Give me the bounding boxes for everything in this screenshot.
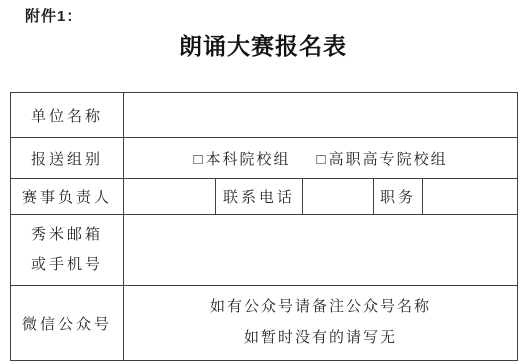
wechat-account-notes: 如有公众号请备注公众号名称 如暂时没有的请写无 <box>124 292 517 354</box>
checkbox-option-undergraduate[interactable]: □本科院校组 <box>193 148 290 169</box>
wechat-note-line2: 如暂时没有的请写无 <box>124 323 517 354</box>
submission-group-label: 报送组别 <box>11 138 124 179</box>
table-row-group: 报送组别 □本科院校组 □高职高专院校组 <box>11 138 518 179</box>
contact-phone-label: 联系电话 <box>216 179 303 215</box>
submission-group-options-cell: □本科院校组 □高职高专院校组 <box>124 138 518 179</box>
event-manager-label: 赛事负责人 <box>11 179 124 215</box>
xiumi-email-label-line2: 或手机号 <box>11 250 123 280</box>
document-page: { "doc": { "attachment_label": "附件1：", "… <box>0 0 526 364</box>
unit-name-input-cell[interactable] <box>124 93 518 138</box>
table-row-contact-info: 秀米邮箱 或手机号 <box>11 215 518 286</box>
checkbox-option-vocational-label: 高职高专院校组 <box>329 152 448 168</box>
checkbox-option-vocational[interactable]: □高职高专院校组 <box>317 148 448 169</box>
position-input-cell[interactable] <box>423 179 518 215</box>
table-row-manager: 赛事负责人 联系电话 职务 <box>11 179 518 215</box>
attachment-label: 附件1： <box>25 5 82 26</box>
xiumi-email-or-phone-input-cell[interactable] <box>124 215 518 286</box>
wechat-note-line1: 如有公众号请备注公众号名称 <box>124 292 517 323</box>
table-row-wechat: 微信公众号 如有公众号请备注公众号名称 如暂时没有的请写无 <box>11 286 518 361</box>
xiumi-email-label-line1: 秀米邮箱 <box>11 220 123 250</box>
checkbox-icon[interactable]: □ <box>193 152 204 168</box>
page-title: 朗诵大赛报名表 <box>0 28 526 61</box>
contact-phone-input-cell[interactable] <box>303 179 374 215</box>
event-manager-input-cell[interactable] <box>124 179 216 215</box>
checkbox-icon[interactable]: □ <box>317 152 328 168</box>
position-label: 职务 <box>374 179 423 215</box>
submission-group-options: □本科院校组 □高职高专院校组 <box>124 148 517 169</box>
wechat-account-note-cell[interactable]: 如有公众号请备注公众号名称 如暂时没有的请写无 <box>124 286 518 361</box>
xiumi-email-or-phone-label: 秀米邮箱 或手机号 <box>11 215 124 286</box>
registration-form-table: 单位名称 报送组别 □本科院校组 □高职高专院校组 赛事负责人 联系电话 职务 <box>10 92 518 361</box>
table-row-unit: 单位名称 <box>11 93 518 138</box>
unit-name-label: 单位名称 <box>11 93 124 138</box>
wechat-account-label: 微信公众号 <box>11 286 124 361</box>
checkbox-option-undergraduate-label: 本科院校组 <box>206 152 291 168</box>
xiumi-email-or-phone-label-lines: 秀米邮箱 或手机号 <box>11 220 123 280</box>
